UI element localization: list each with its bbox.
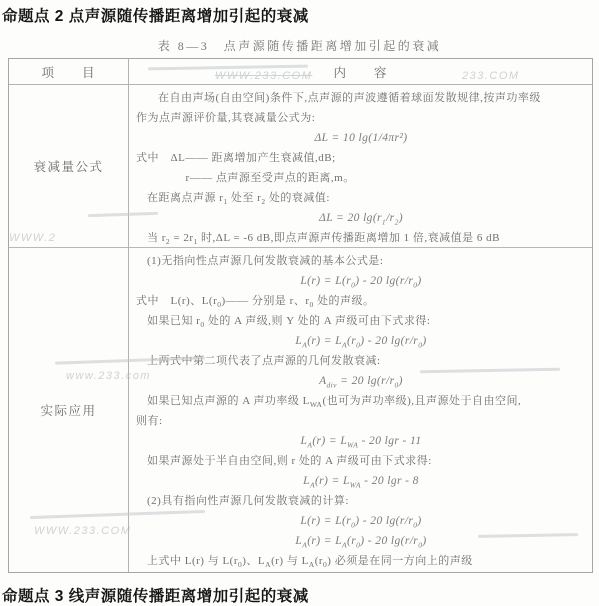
attenuation-table: 项 目 内 容 衰减量公式 在自由声场(自由空间)条件下,点声源的声波遵循着球面… — [8, 58, 593, 573]
text-line: 在距离点声源 r1 处至 r2 处的衰减值: — [136, 188, 586, 208]
section-heading-point3: 命题点 3 线声源随传播距离增加引起的衰减 — [2, 584, 309, 606]
text-line: 式中 L(r)、L(r0)—— 分别是 r、r0 处的声级。 — [136, 291, 586, 311]
text-line: 作为点声源评价量,其衰减量公式为: — [136, 108, 586, 128]
text-line: 当 r2 = 2r1 时,ΔL = -6 dB,即点声源声传播距离增加 1 倍,… — [136, 228, 586, 248]
scan-watermark: www.233.com — [66, 370, 151, 382]
text-line: 如果已知 r0 处的 A 声级,则 Y 处的 A 声级可由下式求得: — [136, 311, 586, 331]
row-content-attenuation-formula: 在自由声场(自由空间)条件下,点声源的声波遵循着球面发散规律,按声功率级作为点声… — [129, 85, 592, 248]
section-heading-point2: 命题点 2 点声源随传播距离增加引起的衰减 — [2, 4, 309, 26]
formula-line: L(r) = L(r0) - 20 lg(r/r0) — [136, 511, 586, 531]
text-line: 在自由声场(自由空间)条件下,点声源的声波遵循着球面发散规律,按声功率级 — [136, 88, 586, 108]
column-header-item: 项 目 — [9, 59, 129, 85]
scan-watermark: WWW.233.COM — [34, 525, 131, 537]
formula-line: ΔL = 10 lg(1/4πr²) — [136, 128, 586, 148]
text-line: r—— 点声源至受声点的距离,m。 — [136, 168, 586, 188]
formula-line: LA(r) = LWA - 20 lgr - 11 — [136, 431, 586, 451]
text-line: 则有: — [136, 411, 586, 431]
scan-watermark: WWW.2 — [9, 232, 56, 244]
scan-watermark: WWW.233.COM — [215, 70, 312, 82]
scan-watermark: 233.COM — [462, 70, 520, 82]
formula-line: LA(r) = LWA - 20 lgr - 8 — [136, 471, 586, 491]
row-label-attenuation-formula: 衰减量公式 — [9, 85, 129, 248]
text-line: 如果声源处于半自由空间,则 r 处的 A 声级可由下式求得: — [136, 451, 586, 471]
text-line: 式中 ΔL—— 距离增加产生衰减值,dB; — [136, 148, 586, 168]
column-header-content: 内 容 — [129, 59, 592, 85]
row-label-practical-application: 实际应用 — [9, 248, 129, 572]
formula-line: L(r) = L(r0) - 20 lg(r/r0) — [136, 271, 586, 291]
text-line: 如果已知点声源的 A 声功率级 LWA(也可为声功率级),且声源处于自由空间, — [136, 391, 586, 411]
formula-line: Adiv = 20 lg(r/r0) — [136, 371, 586, 391]
text-line: (1)无指向性点声源几何发散衰减的基本公式是: — [136, 251, 586, 271]
table-caption: 表 8—3 点声源随传播距离增加引起的衰减 — [0, 37, 599, 54]
text-line: 上式中 L(r) 与 L(r0)、LA(r) 与 LA(r0) 必须是在同一方向… — [136, 551, 586, 571]
row-content-practical-application: (1)无指向性点声源几何发散衰减的基本公式是:L(r) = L(r0) - 20… — [129, 248, 592, 572]
formula-line: ΔL = 20 lg(r1/r2) — [136, 208, 586, 228]
formula-line: LA(r) = LA(r0) - 20 lg(r/r0) — [136, 331, 586, 351]
text-line: (2)具有指向性声源几何发散衰减的计算: — [136, 491, 586, 511]
